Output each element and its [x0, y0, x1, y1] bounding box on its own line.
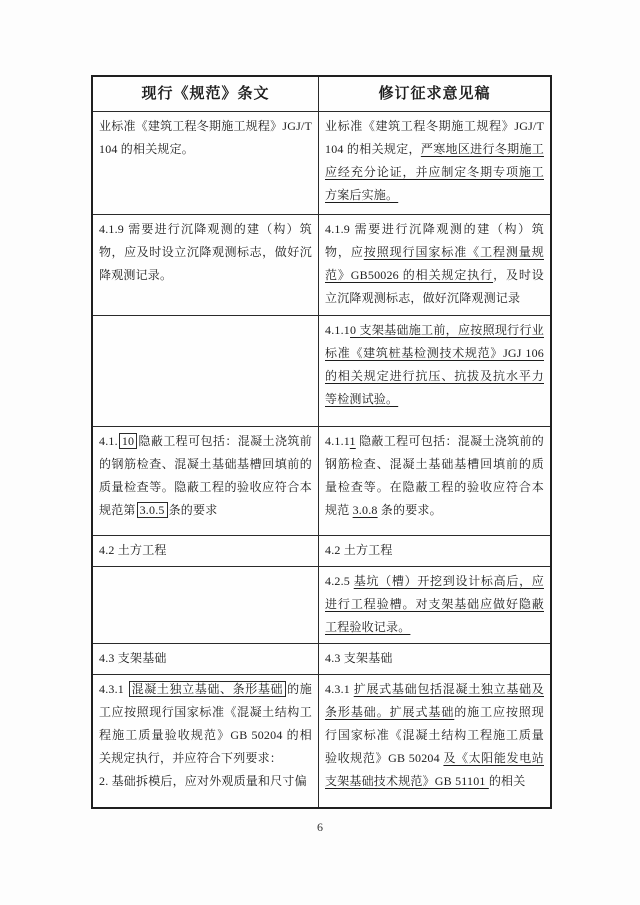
table-row: 4.1.10隐蔽工程可包括：混凝土浇筑前的钢筋检查、混凝土基础基槽回填前的质量检…: [93, 426, 550, 535]
boxed-deleted-text: 混凝土独立基础、条形基础: [129, 681, 287, 697]
text-segment: 条的要求: [169, 503, 218, 517]
text-segment: 条的要求。: [378, 503, 442, 517]
current-code-cell: 4.2 土方工程: [93, 536, 319, 566]
text-segment: 4.3.1: [325, 682, 354, 696]
current-code-cell: 4.3 支架基础: [93, 644, 319, 674]
text-segment: 4.2.5: [325, 574, 354, 588]
table-row: 4.1.10 支架基础施工前，应按照现行行业标准《建筑桩基检测技术规范》JGJ …: [93, 315, 550, 426]
boxed-deleted-text: 3.0.5: [137, 502, 168, 518]
inserted-text: 基坑（槽）开挖到设计标高后，应进行工程验槽。对支架基础应做好隐蔽工程验收记录。: [325, 574, 544, 634]
table-header-row: 现行《规范》条文 修订征求意见稿: [93, 77, 550, 111]
text-segment: 4.1.9 需要进行沉降观测的建（构）筑物，应及时设立沉降观测标志，做好沉降观测…: [99, 222, 312, 282]
text-segment: 的相关: [489, 774, 526, 788]
current-code-cell: 业标准《建筑工程冬期施工规程》JGJ/T 104 的相关规定。: [93, 112, 319, 214]
current-code-cell: 4.1.10隐蔽工程可包括：混凝土浇筑前的钢筋检查、混凝土基础基槽回填前的质量检…: [93, 427, 319, 535]
current-code-cell: 4.1.9 需要进行沉降观测的建（构）筑物，应及时设立沉降观测标志，做好沉降观测…: [93, 215, 319, 315]
revision-draft-cell: 4.3.1 扩展式基础包括混凝土独立基础及条形基础。扩展式基础的施工应按照现行国…: [319, 675, 550, 807]
table-row: 业标准《建筑工程冬期施工规程》JGJ/T 104 的相关规定。 业标准《建筑工程…: [93, 111, 550, 214]
document-page: 现行《规范》条文 修订征求意见稿 业标准《建筑工程冬期施工规程》JGJ/T 10…: [0, 0, 640, 905]
revision-draft-cell: 4.2.5 基坑（槽）开挖到设计标高后，应进行工程验槽。对支架基础应做好隐蔽工程…: [319, 567, 550, 643]
text-segment: 4.1.1: [325, 323, 350, 337]
text-segment: 4.3 支架基础: [99, 651, 167, 665]
text-segment: 2. 基础拆模后，应对外观质量和尺寸偏: [99, 774, 307, 788]
table-row: 4.3.1 混凝土独立基础、条形基础的施工应按照现行国家标准《混凝土结构工程施工…: [93, 674, 550, 807]
page-number: 6: [0, 820, 640, 835]
text-segment: 4.2 土方工程: [325, 543, 393, 557]
current-code-cell: 4.3.1 混凝土独立基础、条形基础的施工应按照现行国家标准《混凝土结构工程施工…: [93, 675, 319, 807]
current-code-cell: [93, 567, 319, 643]
revision-draft-cell: 4.3 支架基础: [319, 644, 550, 674]
text-segment: 4.3 支架基础: [325, 651, 393, 665]
comparison-table: 现行《规范》条文 修订征求意见稿 业标准《建筑工程冬期施工规程》JGJ/T 10…: [91, 75, 552, 809]
inserted-text: 3.0.8: [353, 503, 378, 517]
table-row: 4.2.5 基坑（槽）开挖到设计标高后，应进行工程验槽。对支架基础应做好隐蔽工程…: [93, 566, 550, 643]
inserted-text: 0 支架基础施工前，应按照现行行业标准《建筑桩基检测技术规范》JGJ 106 的…: [325, 323, 544, 406]
revision-draft-cell: 4.1.9 需要进行沉降观测的建（构）筑物，应按照现行国家标准《工程测量规范》G…: [319, 215, 550, 315]
boxed-deleted-text: 10: [119, 433, 137, 449]
text-segment: 4.1.: [99, 434, 118, 448]
revision-draft-cell: 业标准《建筑工程冬期施工规程》JGJ/T 104 的相关规定，严寒地区进行冬期施…: [319, 112, 550, 214]
text-segment: 4.1.1: [325, 434, 350, 448]
table-row: 4.3 支架基础 4.3 支架基础: [93, 643, 550, 674]
revision-draft-cell: 4.2 土方工程: [319, 536, 550, 566]
column-header-current-code: 现行《规范》条文: [93, 77, 319, 111]
text-segment: 4.3.1: [99, 682, 128, 696]
text-segment: 4.2 土方工程: [99, 543, 167, 557]
current-code-cell: [93, 316, 319, 426]
table-row: 4.1.9 需要进行沉降观测的建（构）筑物，应及时设立沉降观测标志，做好沉降观测…: [93, 214, 550, 315]
revision-draft-cell: 4.1.10 支架基础施工前，应按照现行行业标准《建筑桩基检测技术规范》JGJ …: [319, 316, 550, 426]
column-header-revision-draft: 修订征求意见稿: [319, 77, 550, 111]
text-segment: 业标准《建筑工程冬期施工规程》JGJ/T 104 的相关规定。: [99, 119, 312, 156]
revision-draft-cell: 4.1.11 隐蔽工程可包括：混凝土浇筑前的钢筋检查、混凝土基础基槽回填前的质量…: [319, 427, 550, 535]
table-row: 4.2 土方工程 4.2 土方工程: [93, 535, 550, 566]
